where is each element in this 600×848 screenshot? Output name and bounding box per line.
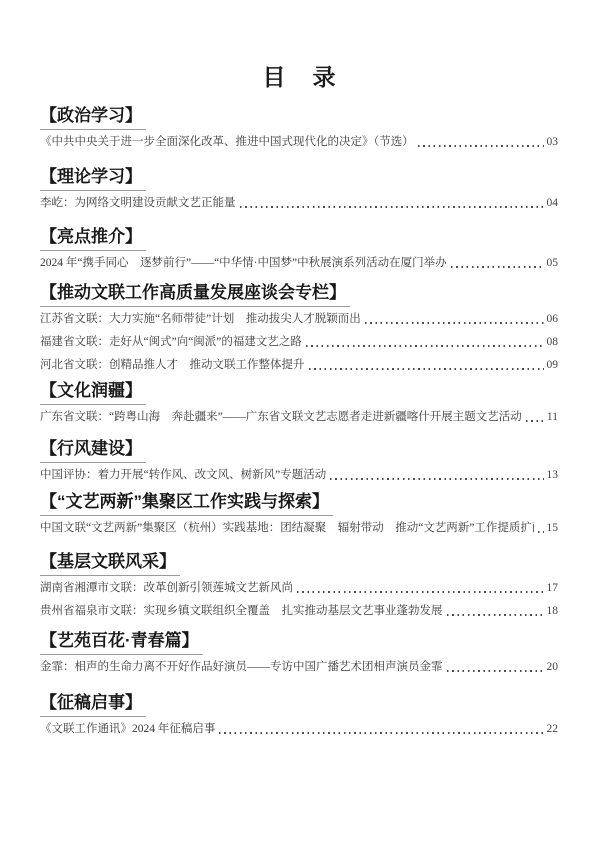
section-heading: 【文化润疆】 [40, 381, 146, 405]
toc-section-theory-study: 【理论学习】 李屹：为网络文明建设贡献文艺正能量 04 [40, 167, 558, 211]
toc-section-conduct-building: 【行风建设】 中国评协：着力开展“转作风、改文风、树新风”专题活动 13 [40, 439, 558, 483]
toc-section-call-for-papers: 【征稿启事】 《文联工作通讯》2024 年征稿启事 22 [40, 693, 558, 737]
toc-entry-text: 福建省文联：走好从“闽式”向“闽派”的福建文艺之路 [40, 334, 302, 350]
page-number: 17 [547, 580, 559, 596]
dot-leader [219, 732, 543, 734]
toc-entry: 江苏省文联：大力实施“名师带徒”计划 推动拔尖人才脱颖而出 06 [40, 311, 558, 327]
page-number: 04 [547, 195, 559, 211]
page-number: 18 [547, 603, 559, 619]
toc-entry-text: 贵州省福泉市文联：实现乡镇文联组织全覆盖 扎实推动基层文艺事业蓬勃发展 [40, 603, 443, 619]
section-heading: 【艺苑百花·青春篇】 [40, 631, 203, 655]
section-heading: 【推动文联工作高质量发展座谈会专栏】 [40, 283, 350, 307]
toc-section-culture-xinjiang: 【文化润疆】 广东省文联：“跨粤山海 奔赴疆来”——广东省文联文艺志愿者走进新疆… [40, 381, 558, 425]
section-heading: 【基层文联风采】 [40, 552, 180, 576]
page-number: 03 [547, 134, 559, 150]
dot-leader [538, 531, 544, 533]
dot-leader [447, 614, 544, 616]
section-heading: 【理论学习】 [40, 167, 146, 191]
toc-entry: 贵州省福泉市文联：实现乡镇文联组织全覆盖 扎实推动基层文艺事业蓬勃发展 18 [40, 603, 558, 619]
toc-entry: 《中共中央关于进一步全面深化改革、推进中国式现代化的决定》（节选） 03 [40, 134, 558, 150]
toc-entry: 金霏：相声的生命力离不开好作品好演员——专访中国广播艺术团相声演员金霏 20 [40, 659, 558, 675]
toc-entry: 2024 年“携手同心 逐梦前行”——“中华情·中国梦”中秋展演系列活动在厦门举… [40, 255, 558, 271]
page-number: 22 [547, 721, 559, 737]
dot-leader [526, 420, 544, 422]
dot-leader [418, 145, 544, 147]
toc-entry-text: 2024 年“携手同心 逐梦前行”——“中华情·中国梦”中秋展演系列活动在厦门举… [40, 255, 447, 271]
section-heading: 【亮点推介】 [40, 227, 146, 251]
page-number: 11 [547, 409, 558, 425]
toc-entry-text: 江苏省文联：大力实施“名师带徒”计划 推动拔尖人才脱颖而出 [40, 311, 361, 327]
toc-entry: 福建省文联：走好从“闽式”向“闽派”的福建文艺之路 08 [40, 334, 558, 350]
toc-entry: 河北省文联：创精品推人才 推动文联工作整体提升 09 [40, 357, 558, 373]
toc-entry: 《文联工作通讯》2024 年征稿启事 22 [40, 721, 558, 737]
toc-entry-text: 河北省文联：创精品推人才 推动文联工作整体提升 [40, 357, 305, 373]
toc-entry-text: 李屹：为网络文明建设贡献文艺正能量 [40, 195, 236, 211]
toc-entry-text: 广东省文联：“跨粤山海 奔赴疆来”——广东省文联文艺志愿者走进新疆喀什开展主题文… [40, 409, 522, 425]
toc-entry: 中国文联“文艺两新”集聚区（杭州）实践基地：团结凝聚 辐射带动 推动“文艺两新”… [40, 520, 558, 536]
toc-entry: 李屹：为网络文明建设贡献文艺正能量 04 [40, 195, 558, 211]
toc-entry-text: 《文联工作通讯》2024 年征稿启事 [40, 721, 215, 737]
page-number: 20 [547, 659, 559, 675]
page-title: 目 录 [0, 62, 600, 92]
dot-leader [240, 206, 544, 208]
dot-leader [330, 478, 543, 480]
toc-entry-text: 金霏：相声的生命力离不开好作品好演员——专访中国广播艺术团相声演员金霏 [40, 659, 443, 675]
toc-entry: 中国评协：着力开展“转作风、改文风、树新风”专题活动 13 [40, 467, 558, 483]
dot-leader [447, 670, 544, 672]
page-number: 08 [547, 334, 559, 350]
toc-entry-text: 《中共中央关于进一步全面深化改革、推进中国式现代化的决定》（节选） [40, 134, 414, 150]
toc-section-two-new-cluster: 【“文艺两新”集聚区工作实践与探索】 中国文联“文艺两新”集聚区（杭州）实践基地… [40, 492, 558, 536]
dot-leader [451, 266, 544, 268]
section-heading: 【“文艺两新”集聚区工作实践与探索】 [40, 492, 333, 516]
toc-entry: 湖南省湘潭市文联：改革创新引领莲城文艺新风尚 17 [40, 580, 558, 596]
toc-section-art-garden-youth: 【艺苑百花·青春篇】 金霏：相声的生命力离不开好作品好演员——专访中国广播艺术团… [40, 631, 558, 675]
toc-page: 目 录 【政治学习】 《中共中央关于进一步全面深化改革、推进中国式现代化的决定》… [0, 0, 600, 848]
page-number: 15 [547, 520, 559, 536]
page-number: 05 [547, 255, 559, 271]
toc-entry-text: 中国文联“文艺两新”集聚区（杭州）实践基地：团结凝聚 辐射带动 推动“文艺两新”… [40, 520, 534, 536]
dot-leader [365, 322, 544, 324]
page-number: 06 [547, 311, 559, 327]
page-number: 09 [547, 357, 559, 373]
toc-entry: 广东省文联：“跨粤山海 奔赴疆来”——广东省文联文艺志愿者走进新疆喀什开展主题文… [40, 409, 558, 425]
toc-section-grassroots: 【基层文联风采】 湖南省湘潭市文联：改革创新引领莲城文艺新风尚 17 贵州省福泉… [40, 552, 558, 619]
dot-leader [306, 345, 544, 347]
section-heading: 【政治学习】 [40, 106, 146, 130]
dot-leader [297, 591, 544, 593]
page-number: 13 [547, 467, 559, 483]
toc-section-highlights: 【亮点推介】 2024 年“携手同心 逐梦前行”——“中华情·中国梦”中秋展演系… [40, 227, 558, 271]
toc-entry-text: 中国评协：着力开展“转作风、改文风、树新风”专题活动 [40, 467, 326, 483]
toc-section-symposium-column: 【推动文联工作高质量发展座谈会专栏】 江苏省文联：大力实施“名师带徒”计划 推动… [40, 283, 558, 373]
section-heading: 【行风建设】 [40, 439, 146, 463]
toc-entry-text: 湖南省湘潭市文联：改革创新引领莲城文艺新风尚 [40, 580, 293, 596]
section-heading: 【征稿启事】 [40, 693, 146, 717]
dot-leader [309, 368, 544, 370]
toc-section-political-study: 【政治学习】 《中共中央关于进一步全面深化改革、推进中国式现代化的决定》（节选）… [40, 106, 558, 150]
